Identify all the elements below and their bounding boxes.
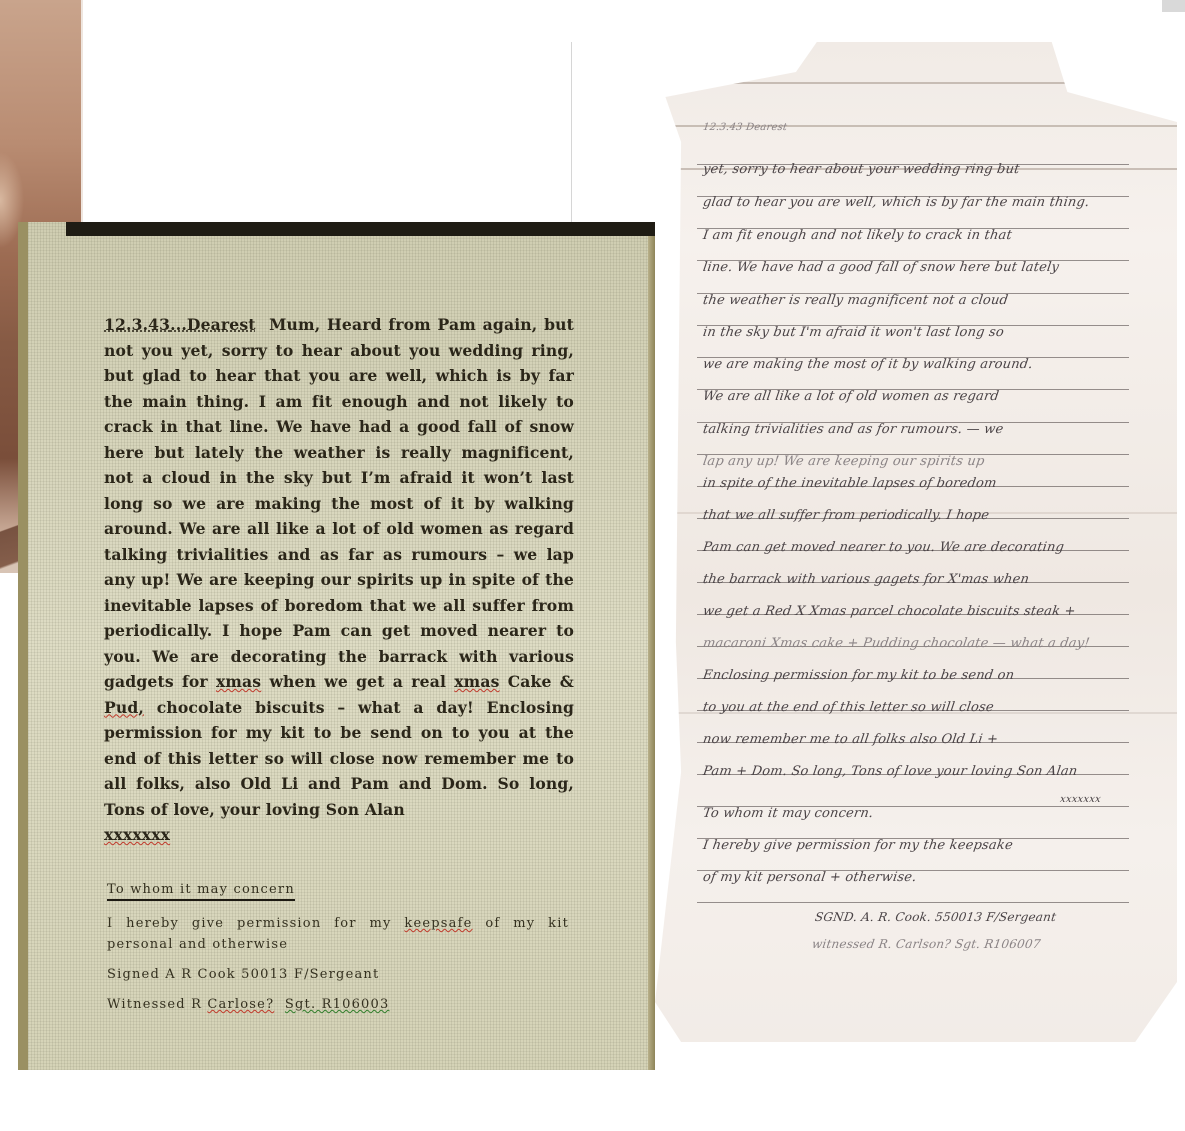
handwritten-line: I am fit enough and not likely to crack … — [702, 228, 1154, 243]
handwritten-line: I hereby give permission for my the keep… — [702, 838, 1154, 853]
misspelled-word: xmas — [454, 672, 499, 691]
handwritten-line: 12.3.43 Dearest — [702, 122, 1154, 133]
handwritten-line: glad to hear you are well, which is by f… — [702, 195, 1154, 210]
handwritten-line: lap any up! We are keeping our spirits u… — [702, 454, 1154, 469]
letter-text-1: Mum, Heard from Pam again, but not you y… — [104, 315, 574, 691]
typed-letter: 12.3.43...Dearest Mum, Heard from Pam ag… — [104, 312, 574, 848]
witness-name: Carlose? — [207, 997, 274, 1012]
misspelled-word: Pud, — [104, 698, 144, 717]
handwritten-kisses: xxxxxxx — [1059, 794, 1161, 805]
witness-rank: Sgt. R106003 — [285, 997, 390, 1012]
corner-square — [1162, 0, 1185, 12]
divider-line — [571, 42, 572, 224]
witnessed-line: Witnessed R Carlose? Sgt. R106003 — [107, 996, 569, 1014]
handwritten-line: We are all like a lot of old women as re… — [702, 389, 1154, 404]
handwritten-line: Pam + Dom. So long, Tons of love your lo… — [702, 764, 1154, 779]
letter-text-2: when we get a real — [261, 672, 454, 691]
handwritten-line: yet, sorry to hear about your wedding ri… — [702, 162, 1154, 177]
handwritten-line: we get a Red X Xmas parcel chocolate bis… — [702, 604, 1154, 619]
paper-fold — [655, 82, 1177, 84]
misspelled-word: xmas — [216, 672, 261, 691]
letter-date: 12.3.43 — [104, 315, 170, 334]
letter-salutation: Dearest — [187, 315, 256, 334]
signed-line: Signed A R Cook 50013 F/Sergeant — [107, 966, 569, 984]
letter-kisses: xxxxxxx — [104, 822, 574, 848]
handwritten-line: macaroni Xmas cake + Pudding chocolate —… — [702, 636, 1154, 651]
screen-right-bezel — [648, 236, 655, 1070]
screen-top-bezel — [66, 222, 655, 236]
misspelled-word: keepsafe — [404, 916, 472, 931]
handwritten-line: Pam can get moved nearer to you. We are … — [702, 540, 1154, 555]
handwritten-line: we are making the most of it by walking … — [702, 357, 1154, 372]
letter-text-3: Cake & — [500, 672, 574, 691]
permission-text: I hereby give permission for my keepsafe… — [107, 913, 569, 955]
handwritten-line: now remember me to all folks also Old Li… — [702, 732, 1154, 747]
letter-body: 12.3.43...Dearest Mum, Heard from Pam ag… — [104, 312, 574, 848]
ruled-line — [697, 902, 1129, 903]
handwritten-line: of my kit personal + otherwise. — [702, 870, 1154, 885]
handwritten-line: To whom it may concern. — [702, 806, 1154, 821]
permission-note: To whom it may concern I hereby give per… — [107, 882, 569, 1026]
handwritten-signature: SGND. A. R. Cook. 550013 F/Sergeant — [814, 910, 1156, 924]
handwritten-line: line. We have had a good fall of snow he… — [702, 260, 1154, 275]
handwritten-line: the weather is really magnificent not a … — [702, 293, 1154, 308]
handwritten-line: to you at the end of this letter so will… — [702, 700, 1154, 715]
handwritten-line: the barrack with various gagets for X'ma… — [702, 572, 1154, 587]
letter-text-4: chocolate biscuits – what a day! Enclosi… — [104, 698, 574, 819]
handwritten-line: in the sky but I'm afraid it won't last … — [702, 325, 1154, 340]
handwritten-line: Enclosing permission for my kit to be se… — [702, 668, 1154, 683]
handwritten-witness: witnessed R. Carlson? Sgt. R106007 — [811, 937, 1153, 951]
handwritten-line: in spite of the inevitable lapses of bor… — [702, 476, 1154, 491]
permission-heading: To whom it may concern — [107, 882, 295, 901]
handwritten-line: talking trivialities and as for rumours.… — [702, 422, 1154, 437]
handwritten-line: that we all suffer from periodically. I … — [702, 508, 1154, 523]
